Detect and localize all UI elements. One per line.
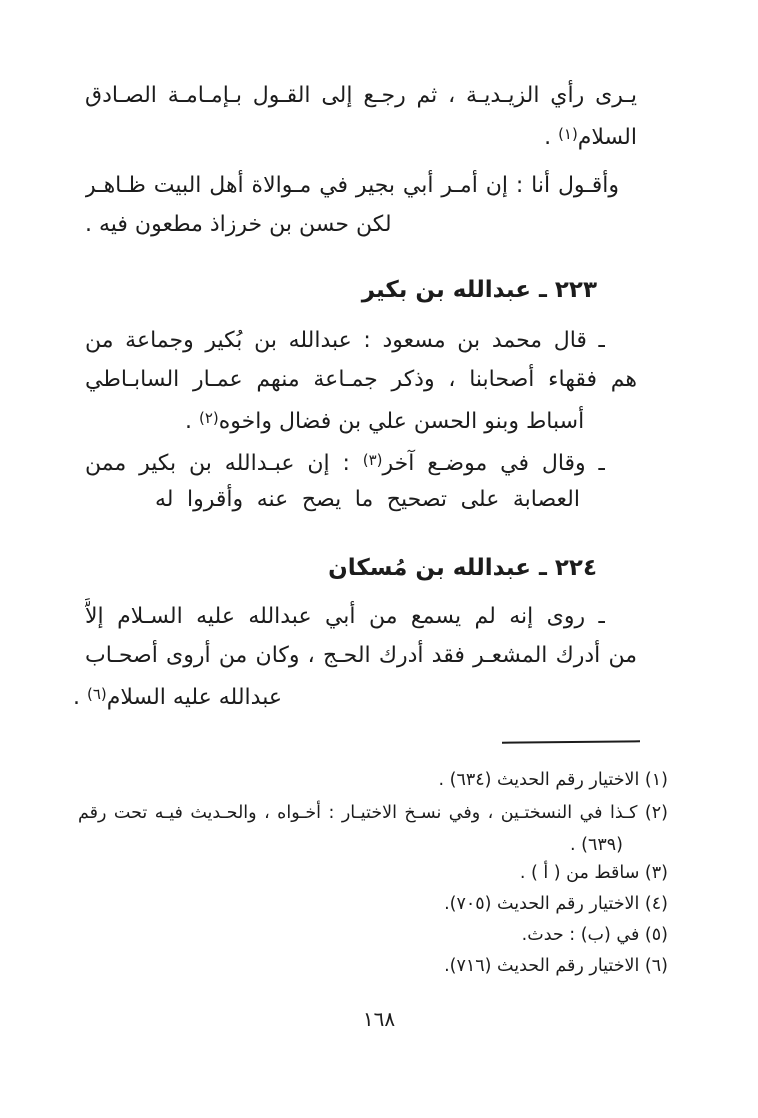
footnote-ref-marker: (٢) [199,409,219,427]
footnote-2-line-2: (٦٣٩) . [78,830,623,860]
section-heading: ٢٢٣ ـ عبدالله بن بكير [85,271,597,310]
text-line: يـرى رأي الزيـديـة ، ثم رجـع إلى القـول … [85,76,637,115]
scanned-book-page: يـرى رأي الزيـديـة ، ثم رجـع إلى القـول … [0,0,758,1118]
text-line: ـ قال محمد بن مسعود : عبدالله بن بُكير و… [85,321,605,360]
text-line: هم فقهاء أصحابنا ، وذكر جمـاعة منهم عمـا… [85,360,637,399]
footnote-5: (٥) في (ب) : حدث. [78,920,668,950]
footnote-2-line-1: (٢) كـذا في النسختـين ، وفي نسـخ الاختيـ… [78,798,668,828]
paragraph-continuation: يـرى رأي الزيـديـة ، ثم رجـع إلى القـول … [85,76,637,154]
text-line: العصابة على تصحيح ما يصح عنه وأقروا له ب… [155,480,580,519]
footnote-separator-line [502,740,640,743]
text-line: لكن حسن بن خرزاذ مطعون فيه . [85,205,637,244]
text-line: عبدالله عليه السلام(٦) . [73,675,637,714]
footnote-ref-marker: (٣) [363,451,383,469]
section-heading: ٢٢٤ ـ عبدالله بن مُسكان [85,549,597,588]
page-number: ١٦٨ [0,1004,758,1034]
text-line: من أدرك المشعـر فقد أدرك الحـج ، وكان من… [85,636,637,675]
footnote-3: (٣) ساقط من ( أ ) . [78,858,668,888]
footnote-1: (١) الاختيار رقم الحديث (٦٣٤) . [78,765,668,795]
footnote-6: (٦) الاختيار رقم الحديث (٧١٦). [78,951,668,981]
paragraph-entry-224-quote: ـ روى إنه لم يسمع من أبي عبدالله عليه ال… [85,597,637,714]
entry-heading-224: ٢٢٤ ـ عبدالله بن مُسكان [85,549,637,588]
text-line: وأقـول أنا : إن أمـر أبي بجير في مـوالاة… [85,166,619,205]
footnote-4: (٤) الاختيار رقم الحديث (٧٠٥). [78,889,668,919]
paragraph-author-comment: وأقـول أنا : إن أمـر أبي بجير في مـوالاة… [85,166,637,244]
text-line: ـ وقال في موضـع آخر(٣) : إن عبـدالله بن … [85,441,605,480]
text-line: السلام(١) . [85,115,637,154]
footnote-ref-marker: (١) [558,125,578,143]
footnote-ref-marker: (٦) [87,685,107,703]
text-line: ـ روى إنه لم يسمع من أبي عبدالله عليه ال… [85,597,605,636]
paragraph-entry-223-quote: ـ قال محمد بن مسعود : عبدالله بن بُكير و… [85,321,637,438]
paragraph-entry-223-quote2: ـ وقال في موضـع آخر(٣) : إن عبـدالله بن … [85,441,637,519]
text-line: أسباط وبنو الحسن علي بن فضال واخوه(٢) . [185,399,637,438]
entry-heading-223: ٢٢٣ ـ عبدالله بن بكير [85,271,637,310]
